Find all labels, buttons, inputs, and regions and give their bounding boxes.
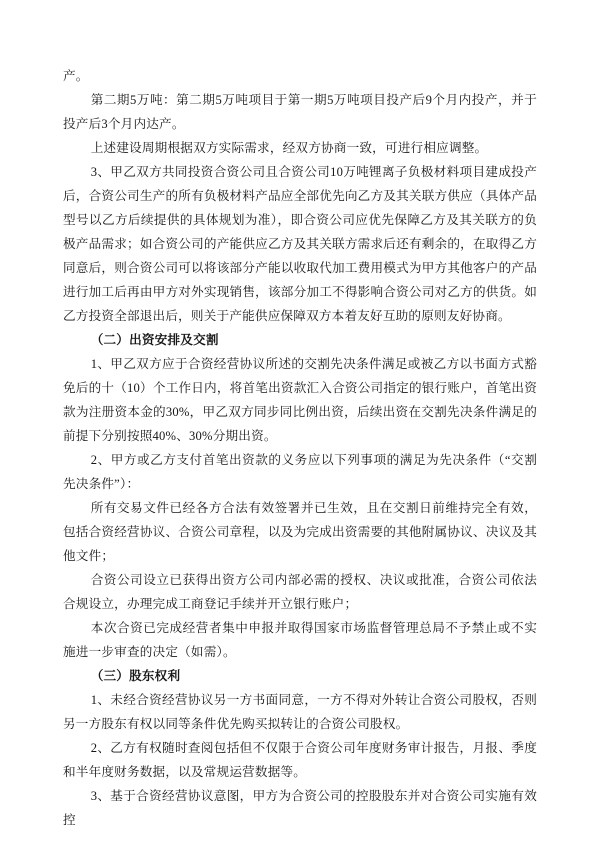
paragraph: 3、甲乙双方共同投资合资公司且合资公司10万吨锂离子负极材料项目建成投产后，合资… bbox=[63, 160, 537, 328]
paragraph: 3、基于合资经营协议意图，甲方为合资公司的控股股东并对合资公司实施有效控 bbox=[63, 784, 537, 832]
paragraph: 第二期5万吨：第二期5万吨项目于第一期5万吨项目投产后9个月内投产，并于投产后3… bbox=[63, 88, 537, 136]
paragraph: 2、甲方或乙方支付首笔出资款的义务应以下列事项的满足为先决条件（“交割先决条件”… bbox=[63, 448, 537, 496]
paragraph: 1、未经合资经营协议另一方书面同意，一方不得对外转让合资公司股权，否则另一方股东… bbox=[63, 688, 537, 736]
section-heading: （二）出资安排及交割 bbox=[63, 328, 537, 352]
paragraph: 2、乙方有权随时查阅包括但不仅限于合资公司年度财务审计报告，月报、季度和半年度财… bbox=[63, 736, 537, 784]
section-heading: （三）股东权利 bbox=[63, 664, 537, 688]
paragraph: 本次合资已完成经营者集中申报并取得国家市场监督管理总局不予禁止或不实施进一步审查… bbox=[63, 616, 537, 664]
paragraph: 上述建设周期根据双方实际需求，经双方协商一致，可进行相应调整。 bbox=[63, 136, 537, 160]
document-body: 产。第二期5万吨：第二期5万吨项目于第一期5万吨项目投产后9个月内投产，并于投产… bbox=[63, 64, 537, 832]
paragraph: 产。 bbox=[63, 64, 537, 88]
paragraph: 1、甲乙双方应于合资经营协议所述的交割先决条件满足或被乙方以书面方式豁免后的十（… bbox=[63, 352, 537, 448]
document-page: 产。第二期5万吨：第二期5万吨项目于第一期5万吨项目投产后9个月内投产，并于投产… bbox=[0, 0, 599, 850]
paragraph: 所有交易文件已经各方合法有效签署并已生效，且在交割日前维持完全有效，包括合资经营… bbox=[63, 496, 537, 568]
paragraph: 合资公司设立已获得出资方公司内部必需的授权、决议或批准，合资公司依法合规设立，办… bbox=[63, 568, 537, 616]
